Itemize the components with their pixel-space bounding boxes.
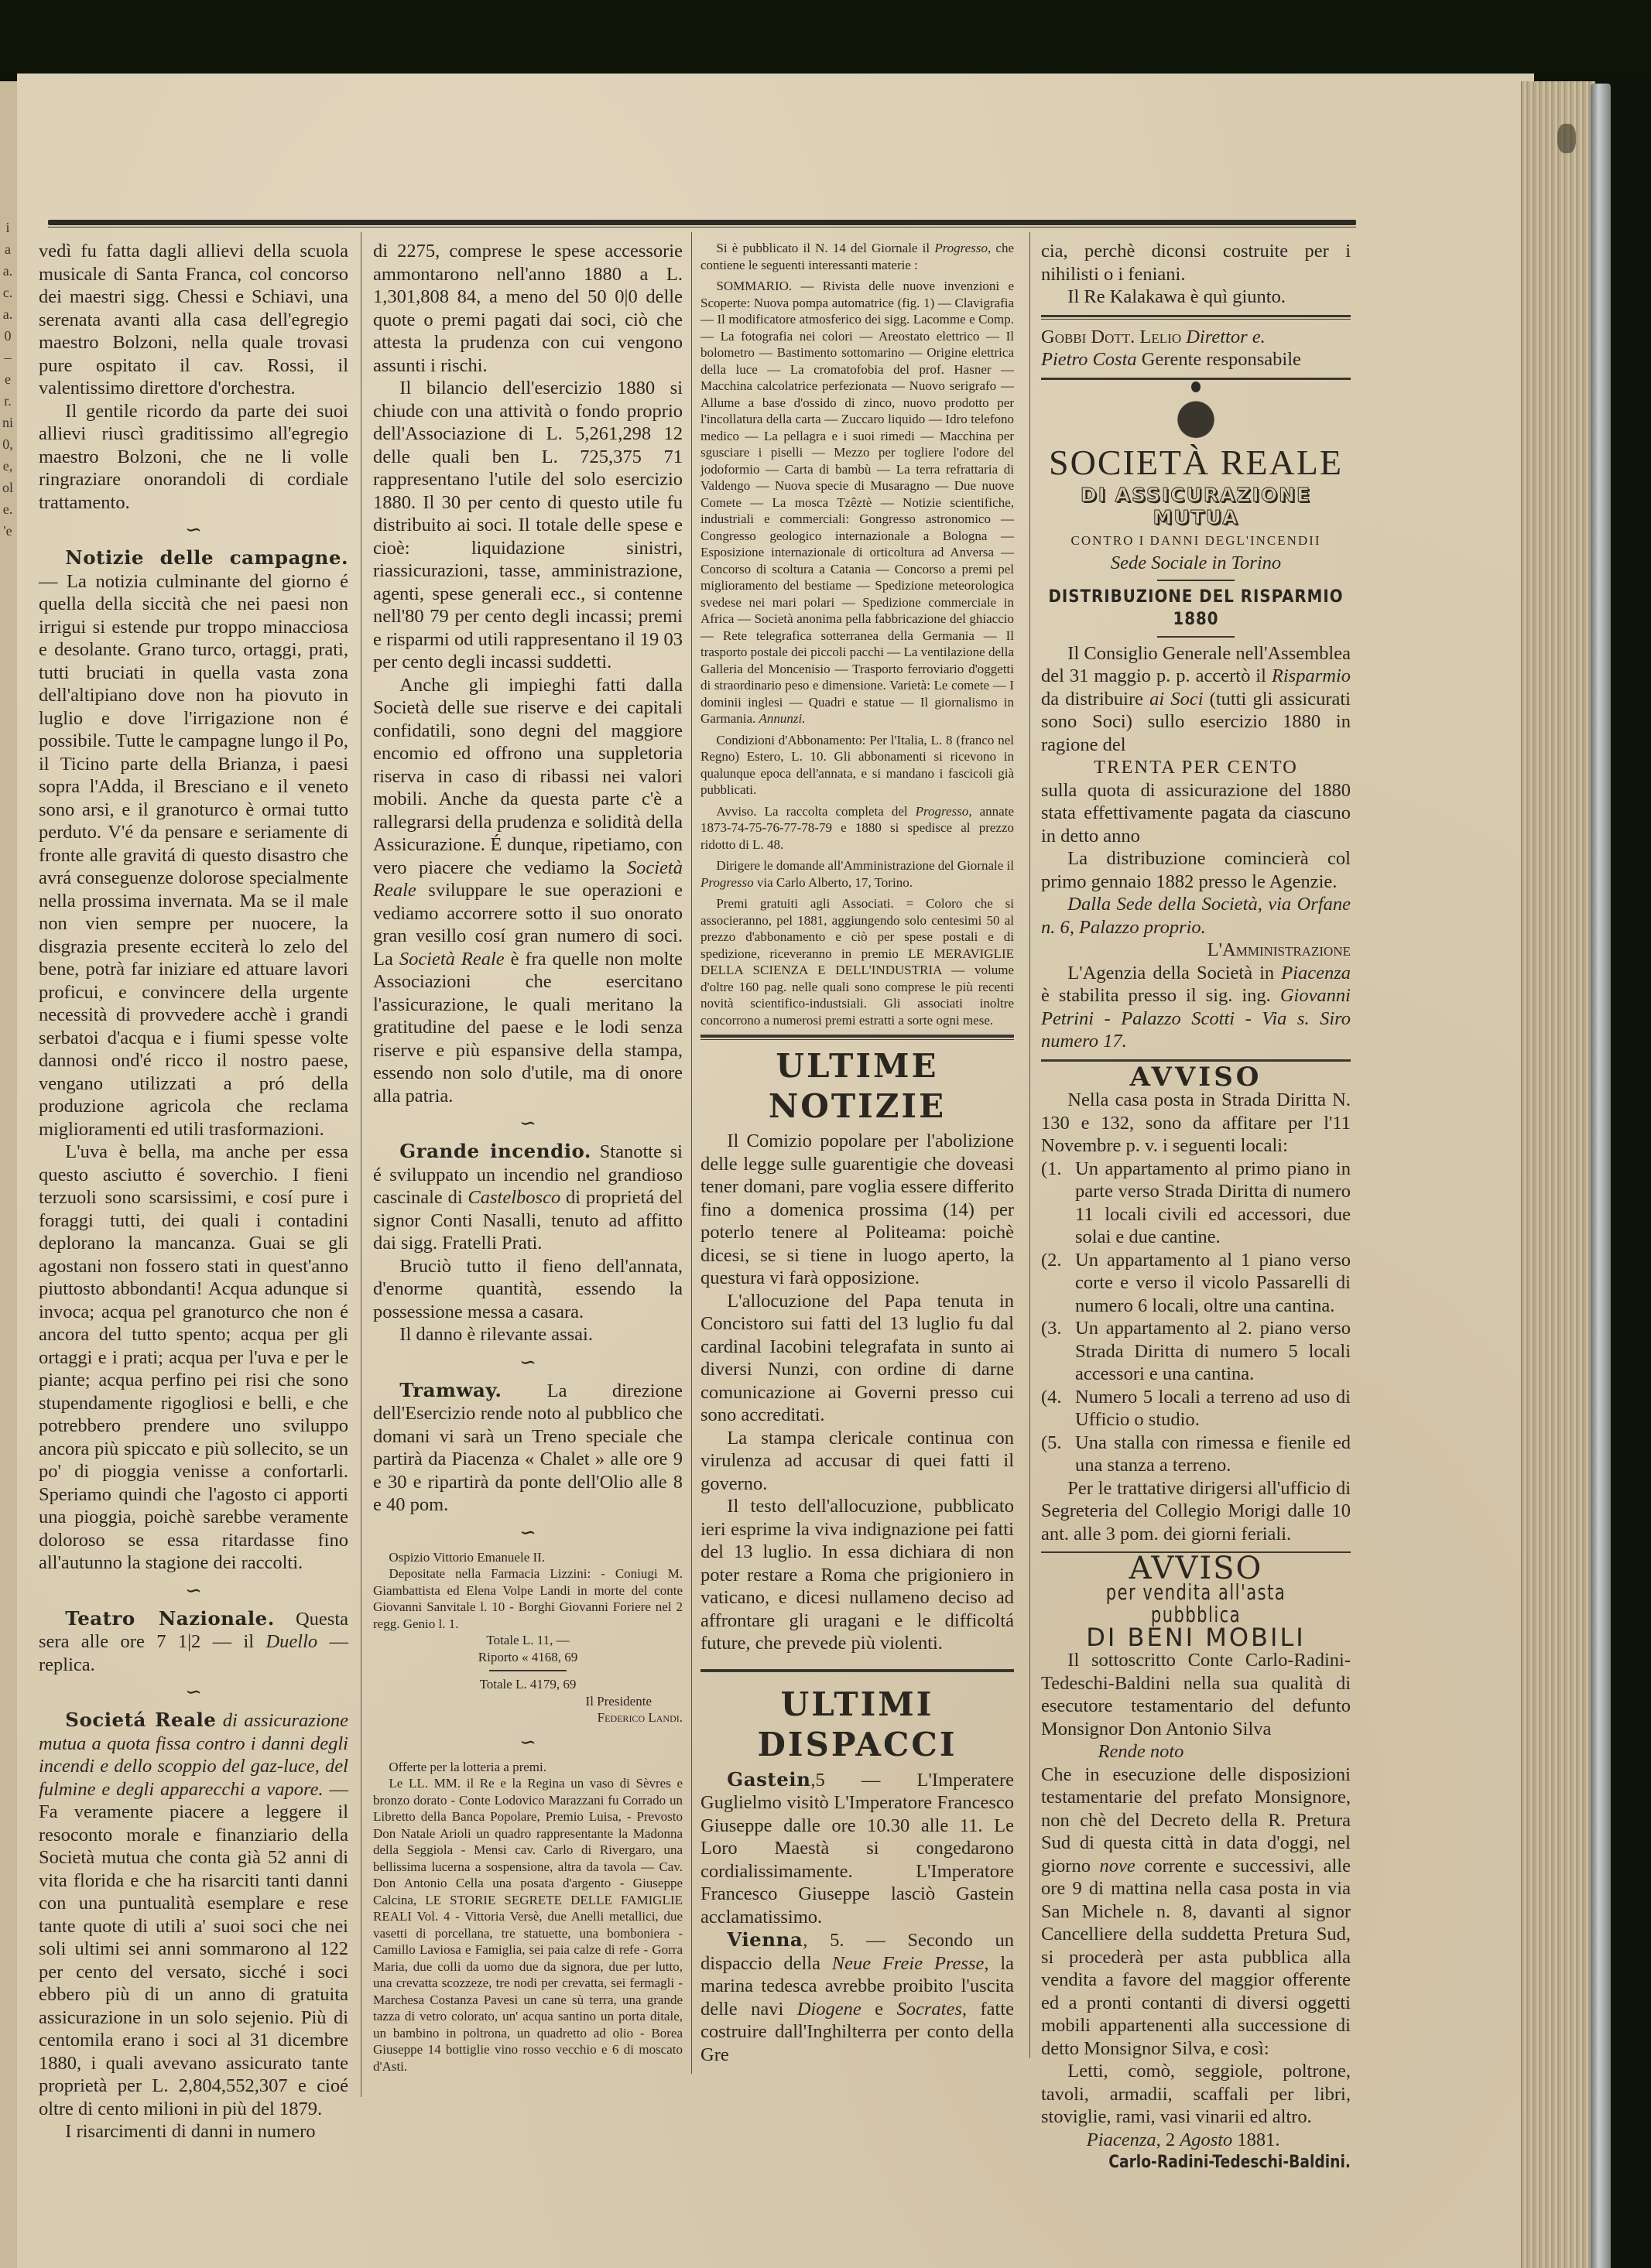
section-rule: [700, 1669, 1014, 1672]
column-1: vedì fu fatta dagli allievi della scuola…: [39, 240, 348, 2143]
riporto-line: Riporto « 4168, 69: [373, 1649, 683, 1666]
grand-total-line: Totale L. 4179, 69: [373, 1676, 683, 1693]
lotteria-notice: Offerte per la lotteria a premi. Le LL. …: [373, 1759, 683, 2075]
article-heading: Societá Reale: [65, 1709, 216, 1731]
article-text: Il gentile ricordo da parte dei suoi all…: [39, 400, 348, 515]
ospizio-notice: Ospizio Vittorio Emanuele II. Depositate…: [373, 1549, 683, 1726]
sommario: SOMMARIO. — Rivista delle nuove invenzio…: [700, 278, 1014, 727]
article-text: I risarcimenti di danni in numero: [39, 2120, 348, 2143]
ornament-separator: ∽: [39, 1578, 348, 1604]
news-item: L'allocuzione del Papa tenuta in Concist…: [700, 1290, 1014, 1427]
section-rule: [700, 1035, 1014, 1038]
ornament-separator: ∽: [373, 1520, 683, 1546]
signature-role: Il Presidente: [373, 1693, 683, 1710]
condizioni: Condizioni d'Abbonamento: Per l'Italia, …: [700, 732, 1014, 799]
notice-text: Le LL. MM. il Re e la Regina un vaso di …: [373, 1775, 683, 2075]
article-text: Il bilancio dell'esercizio 1880 si chiud…: [373, 377, 683, 674]
total-line: Totale L. 11, —: [373, 1632, 683, 1649]
ink-stain: [1557, 124, 1576, 153]
notice-text: Depositate nella Farmacia Lizzini: - Con…: [373, 1565, 683, 1632]
article-text: Anche gli impieghi fatti dalla Società d…: [373, 674, 683, 1108]
list-item: (3.Un appartamento al 2. piano verso Str…: [1041, 1317, 1351, 1386]
ornament-separator: ∽: [373, 1350, 683, 1376]
rental-list: (1.Un appartamento al primo piano in par…: [1041, 1158, 1351, 1477]
section-title-ultimi-dispacci: ULTIMI DISPACCI: [700, 1685, 1014, 1765]
column-3: Si è pubblicato il N. 14 del Giornale il…: [700, 240, 1014, 2066]
ornament-separator: ∽: [373, 1110, 683, 1137]
avviso-asta: AVVISO per vendita all'asta pubbblica DI…: [1041, 1558, 1351, 2174]
avviso-title: AVVISO: [1041, 1066, 1351, 1090]
list-item: (5.Una stalla con rimessa e fienile ed u…: [1041, 1432, 1351, 1477]
article-heading: Grande incendio.: [399, 1140, 591, 1162]
avviso-signature: Carlo-Radini-Tedeschi-Baldini.: [1088, 2151, 1351, 2174]
section-rule: [1041, 315, 1351, 317]
ornament-separator: ∽: [39, 517, 348, 543]
list-item: (2.Un appartamento al 1 piano verso cort…: [1041, 1249, 1351, 1318]
premi: Premi gratuiti agli Associati. = Coloro …: [700, 895, 1014, 1028]
avviso-affitto: AVVISO Nella casa posta in Strada Diritt…: [1041, 1066, 1351, 1546]
column-divider-3: [1029, 232, 1030, 2058]
societa-reale-advert: SOCIETÀ REALE DI ASSICURAZIONE MUTUA CON…: [1041, 386, 1351, 1053]
news-item: Il Re Kalakawa è quì giunto.: [1041, 286, 1351, 309]
ornament-separator: ∽: [39, 1679, 348, 1705]
avviso-date: Piacenza, 2 Agosto 1881.: [1041, 2129, 1351, 2152]
signature-name: Federico Landi.: [373, 1709, 683, 1726]
column-2: di 2275, comprese le spese accessorie am…: [373, 240, 683, 2075]
article-heading: Notizie delle campagne.: [65, 546, 348, 569]
coat-of-arms-icon: [1174, 386, 1218, 442]
masthead-manager: Pietro Costa Gerente responsabile: [1041, 348, 1351, 371]
news-item: Il testo dell'allocuzione, pubblicato ie…: [700, 1495, 1014, 1655]
article-text: vedì fu fatta dagli allievi della scuola…: [39, 240, 348, 400]
article-text: Il danno è rilevante assai.: [373, 1323, 683, 1346]
ornament-separator: ∽: [373, 1729, 683, 1756]
avviso-subtitle: per vendita all'asta pubbblica: [1080, 1581, 1312, 1627]
advert-subtitle: DI ASSICURAZIONE MUTUA: [1041, 484, 1351, 529]
avviso-title: AVVISO: [1041, 1558, 1351, 1581]
column-divider-2: [691, 232, 692, 2074]
section-rule: [1041, 378, 1351, 380]
advert-title: SOCIETÀ REALE: [1041, 442, 1351, 484]
amministrazione-signature: L'Amministrazione: [1041, 939, 1351, 962]
list-item: (1.Un appartamento al primo piano in par…: [1041, 1158, 1351, 1249]
column-divider-1: [361, 232, 361, 2097]
sum-rule: [489, 1670, 567, 1671]
dispatch-vienna: Vienna, 5. — Secondo un dispaccio della …: [700, 1928, 1014, 2066]
dispatch-gastein: Gastein,5 — L'Imperatere Guglielmo visit…: [700, 1768, 1014, 1929]
progresso-notice: Si è pubblicato il N. 14 del Giornale il…: [700, 240, 1014, 1028]
advert-line: CONTRO I DANNI DEGL'INCENDII: [1041, 529, 1351, 552]
article-heading: Tramway.: [399, 1379, 502, 1401]
article-heading: Teatro Nazionale.: [65, 1607, 274, 1630]
article-incendio: Grande incendio. Stanotte si é sviluppat…: [373, 1140, 683, 1255]
advert-sede: Sede Sociale in Torino: [1041, 552, 1351, 575]
article-tramway: Tramway. La direzione dell'Esercizio ren…: [373, 1379, 683, 1517]
news-continuation: cia, perchè diconsi costruite per i nihi…: [1041, 240, 1351, 286]
article-text: L'uva è bella, ma anche per essa questo …: [39, 1141, 348, 1575]
book-binding: [1591, 84, 1611, 2268]
avviso-beni: DI BENI MOBILI: [1041, 1627, 1351, 1650]
article-campagne: Notizie delle campagne.— La notizia culm…: [39, 546, 348, 1141]
column-4: cia, perchè diconsi costruite per i nihi…: [1041, 240, 1351, 2174]
article-text: Bruciò tutto il fieno dell'annata, d'eno…: [373, 1255, 683, 1324]
notice-title: Offerte per la lotteria a premi.: [373, 1759, 683, 1776]
left-page-margin-fragments: i a a. c. a. 0 – e r. ni 0, e, ol e. 'e: [0, 217, 15, 542]
article-societa: Societá Reale di assicurazione mutua a q…: [39, 1709, 348, 2120]
news-item: La stampa clericale continua con virulen…: [700, 1427, 1014, 1496]
trenta-per-cento: TRENTA PER CENTO: [1041, 756, 1351, 779]
page-stack-edge: [1521, 81, 1595, 2268]
section-title-ultime-notizie: ULTIME NOTIZIE: [700, 1046, 1014, 1127]
advert-distribution-heading: DISTRIBUZIONE DEL RISPARMIO 1880: [1041, 586, 1351, 631]
article-teatro: Teatro Nazionale. Questa sera alle ore 7…: [39, 1607, 348, 1677]
list-item: (4.Numero 5 locali a terreno ad uso di U…: [1041, 1386, 1351, 1432]
header-rule: [48, 220, 1356, 225]
article-text: di 2275, comprese le spese accessorie am…: [373, 240, 683, 377]
notice-title: Ospizio Vittorio Emanuele II.: [373, 1549, 683, 1566]
news-item: Il Comizio popolare per l'abolizione del…: [700, 1130, 1014, 1290]
header-rule-thin: [48, 227, 1356, 227]
masthead-director: Gobbi Dott. Lelio Direttor e.: [1041, 326, 1351, 349]
dark-background: [0, 0, 1651, 74]
